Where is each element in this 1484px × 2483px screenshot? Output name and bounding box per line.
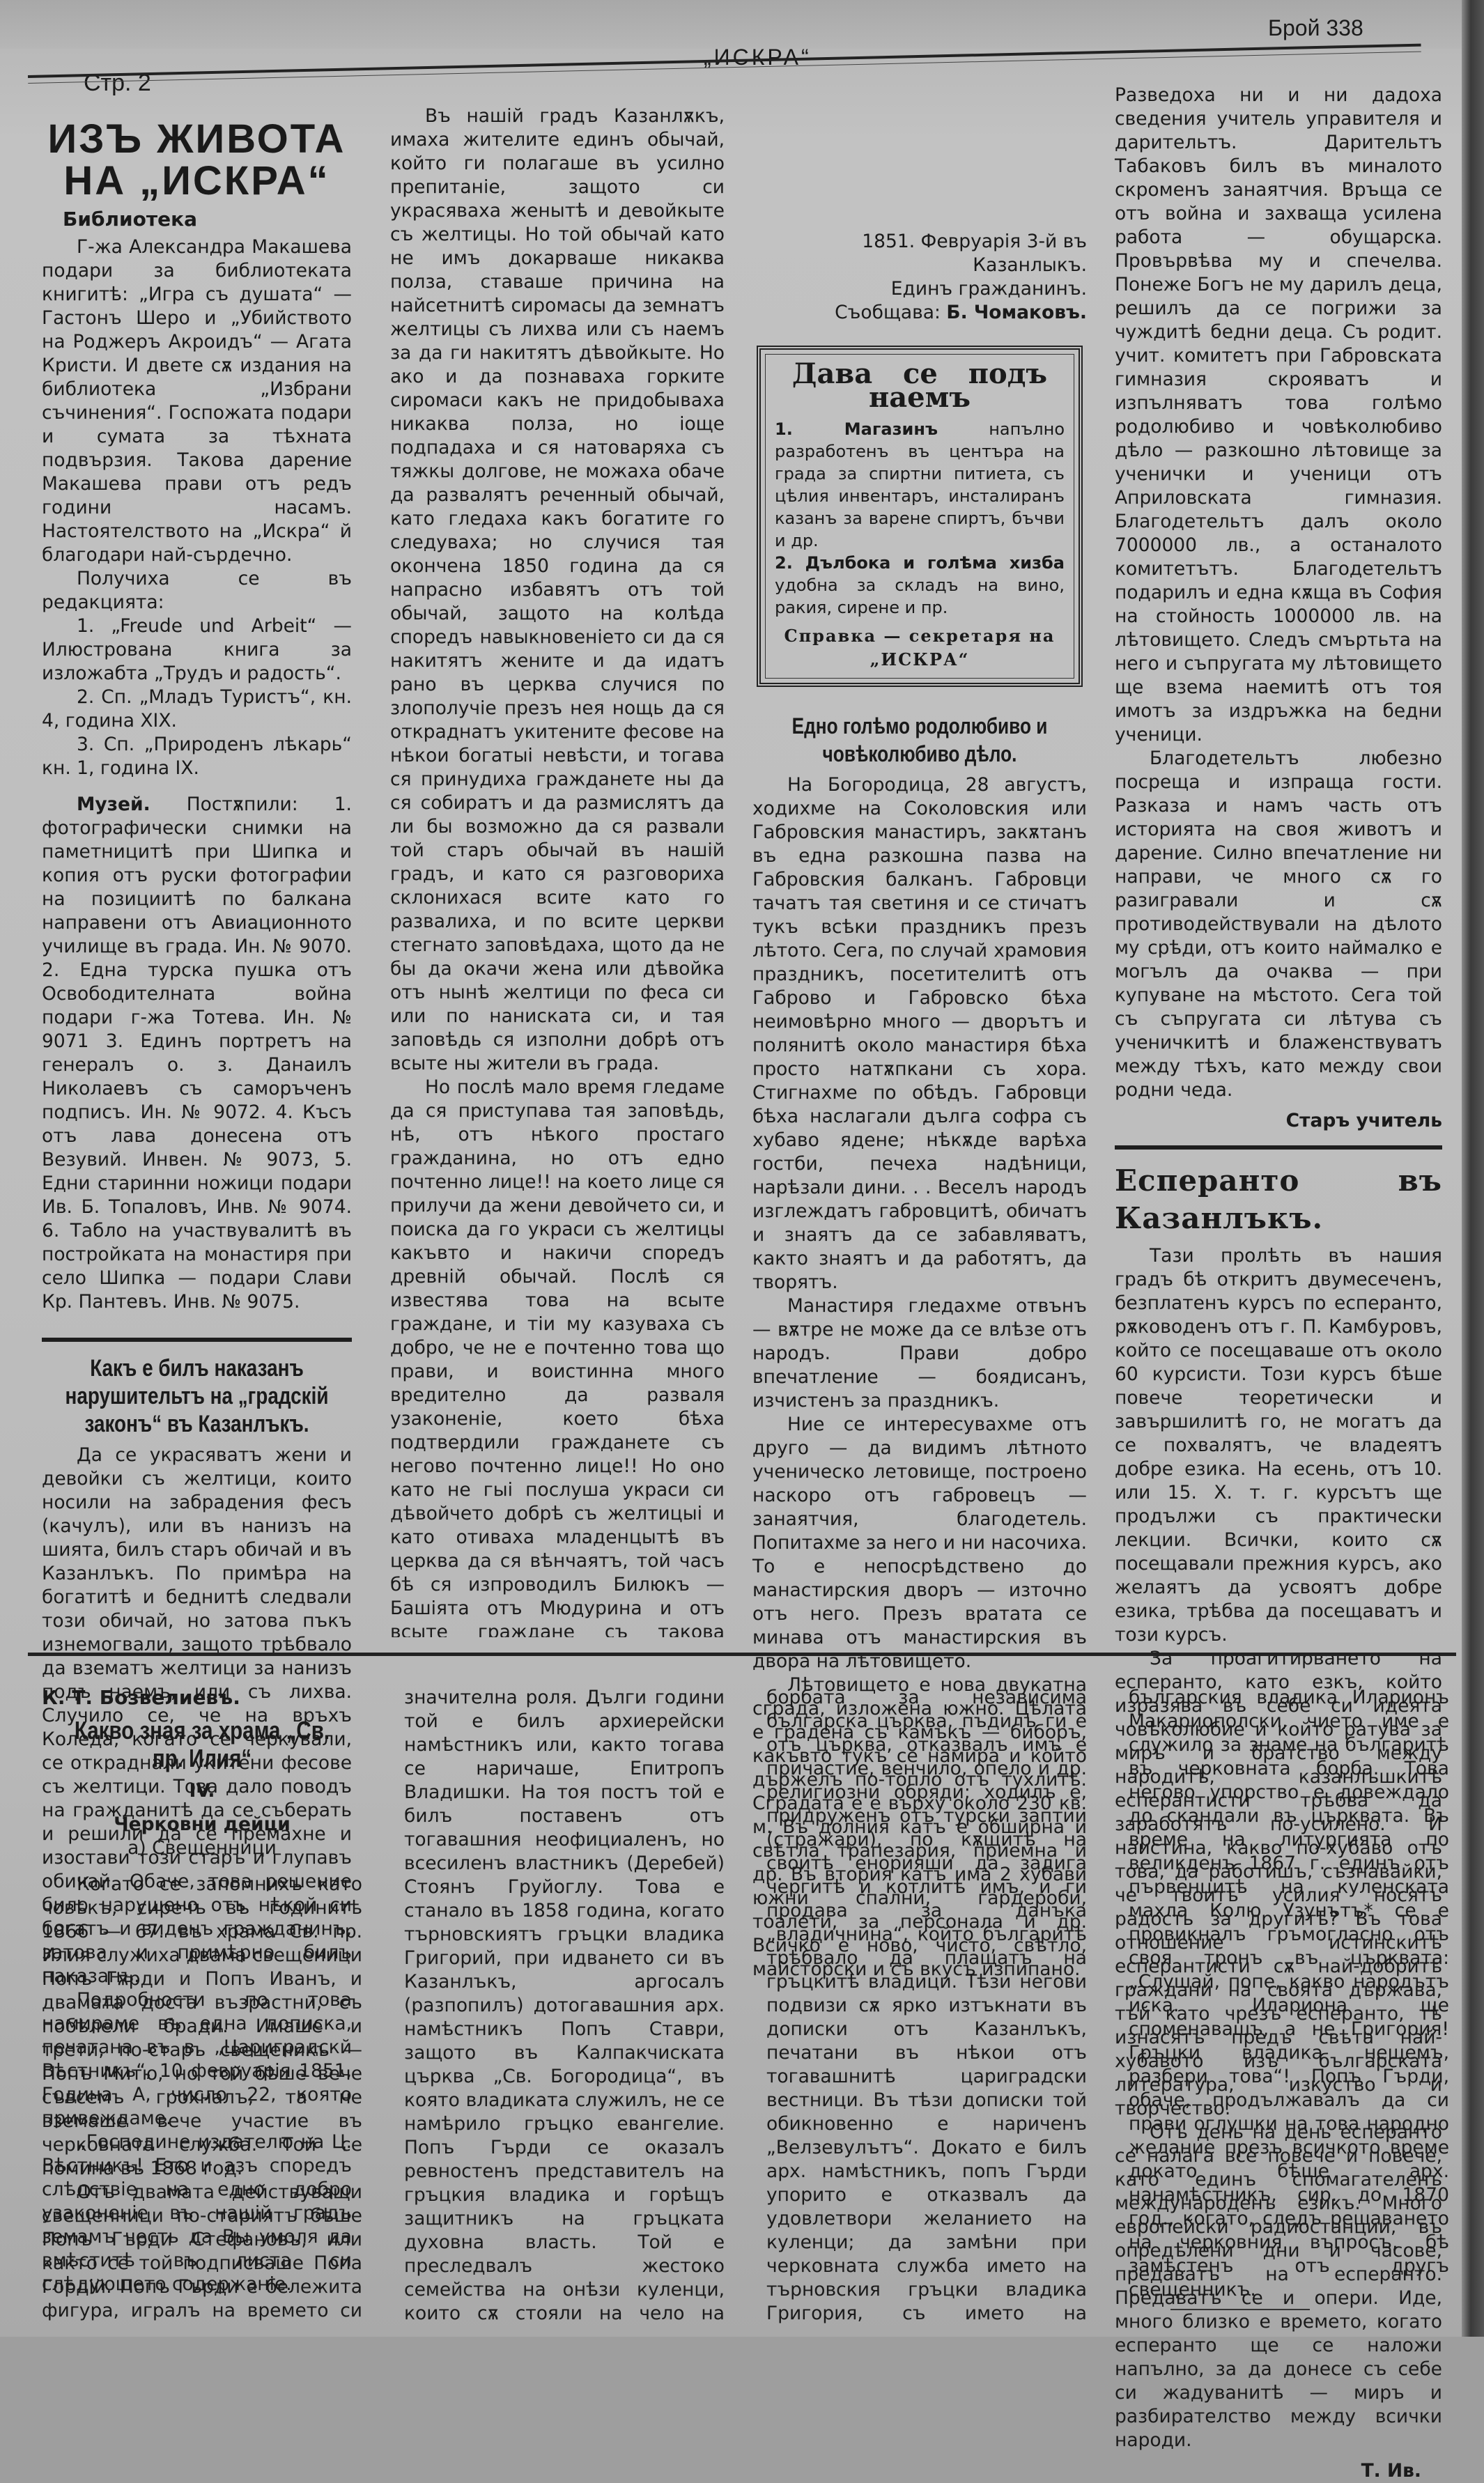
article-paragraph: Тази пролѣть въ нашия градъ бѣ откритъ д… — [1115, 1244, 1442, 1647]
received-item: 2. Сп. „Младъ Туристъ“, кн. 4, година XI… — [42, 686, 352, 733]
museum-paragraph: Музей. Постѫпили: 1. фотографически сним… — [42, 793, 352, 1314]
binding-edge — [1462, 0, 1484, 2337]
ad-item-1: 1. Магазинъ напълно разработенъ въ центъ… — [775, 418, 1065, 552]
received-intro: Получиха се въ редакцията: — [42, 567, 352, 614]
newspaper-page: Стр. 2 „ИСКРА“ Брой 338 ИЗЪ ЖИВОТА НА „И… — [0, 0, 1484, 2337]
rental-advertisement: Дава се подъ наемъ 1. Магазинъ напълно р… — [757, 346, 1083, 687]
article-paragraph: Когато се запомнихъ като човѣкъ, сиречъ … — [42, 1873, 362, 2181]
ad-item-2-text: удобна за складъ на вино, ракия, сирене … — [775, 575, 1065, 617]
letter-paragraph: Въ нашій градъ Казанлѫкъ, имаха жителите… — [390, 105, 725, 1076]
punished-article-title: Какъ е билъ наказанъ нарушительтъ на „гр… — [47, 1354, 347, 1438]
temple-article: К. Т. Бозвелиевъ. Какво зная за храма „С… — [42, 1686, 1449, 2327]
article-section: Черковни дейци — [42, 1813, 362, 1836]
museum-label: Музей. — [77, 794, 150, 815]
article-signature: Старъ учитель — [1115, 1109, 1442, 1133]
article-paragraph: На Богородица, 28 августъ, ходихме на Со… — [752, 773, 1087, 1294]
museum-text: Постѫпили: 1. фотографически снимки на п… — [42, 794, 352, 1313]
letter-paragraph: Но послѣ мало время гледаме да ся присту… — [390, 1076, 725, 1637]
patriotic-article-title: Едно голѣмо родолюбиво и човѣколюбиво дѣ… — [759, 712, 1079, 768]
reported-by-label: Съобщава: — [835, 302, 941, 323]
article-paragraph: Благодетельтъ любезно посреща и изпраща … — [1115, 747, 1442, 1102]
life-of-iskra-title: ИЗЪ ЖИВОТА НА „ИСКРА“ — [42, 118, 352, 202]
ad-item-2: 2. Дълбока и голѣма хизба удобна за скла… — [775, 552, 1065, 619]
temple-article-title: Какво зная за храма „Св. пр. Илия“ — [70, 1717, 333, 1772]
horizontal-divider — [28, 1653, 1456, 1656]
article-paragraph: Манастиря гледахме отвънъ — вѫтре не мож… — [752, 1294, 1087, 1413]
esperanto-article-title: Есперанто въ Казанлъкъ. — [1115, 1162, 1442, 1237]
library-heading: Библиотека — [63, 208, 352, 231]
library-text: Г-жа Александра Макашева подари за библи… — [42, 235, 352, 567]
letter-signature: Единъ гражданинъ. — [752, 277, 1087, 301]
letter-dateline: 1851. Февруарія 3-й въ Казанлыкъ. — [752, 230, 1087, 277]
ad-item-1-text: напълно разработенъ въ центъра на града … — [775, 419, 1065, 550]
article-author: К. Т. Бозвелиевъ. — [42, 1686, 362, 1710]
ad-item-2-label: 2. Дълбока и голѣма хизба — [775, 553, 1065, 573]
article-part: IV. — [42, 1779, 362, 1803]
footnote-rule — [1170, 2309, 1310, 2310]
reported-by-name: Б. Чомаковъ. — [946, 302, 1087, 323]
article-paragraph: Ние се интересувахме отъ друго — да види… — [752, 1413, 1087, 1673]
article-paragraph: Разведоха ни и ни дадоха сведения учител… — [1115, 84, 1442, 747]
received-item: 3. Сп. „Природенъ лѣкарь“ кн. 1, година … — [42, 733, 352, 780]
ad-item-1-label: 1. Магазинъ — [775, 419, 938, 439]
column-2: Въ нашій градъ Казанлѫкъ, имаха жителите… — [390, 105, 725, 1637]
article-subsection: а) Свещенници — [42, 1836, 362, 1860]
scan-background-strip — [0, 0, 1484, 49]
section-divider — [1115, 1145, 1442, 1150]
ad-reference: Справка — секретаря на „ИСКРА“ — [775, 624, 1065, 672]
section-divider — [42, 1338, 352, 1342]
ad-title: Дава се подъ наемъ — [775, 362, 1065, 410]
reported-by: Съобщава: Б. Чомаковъ. — [752, 301, 1087, 325]
issue-number: Брой 338 — [1268, 15, 1363, 41]
received-item: 1. „Freude und Arbeit“ — Илюстрована кни… — [42, 614, 352, 686]
